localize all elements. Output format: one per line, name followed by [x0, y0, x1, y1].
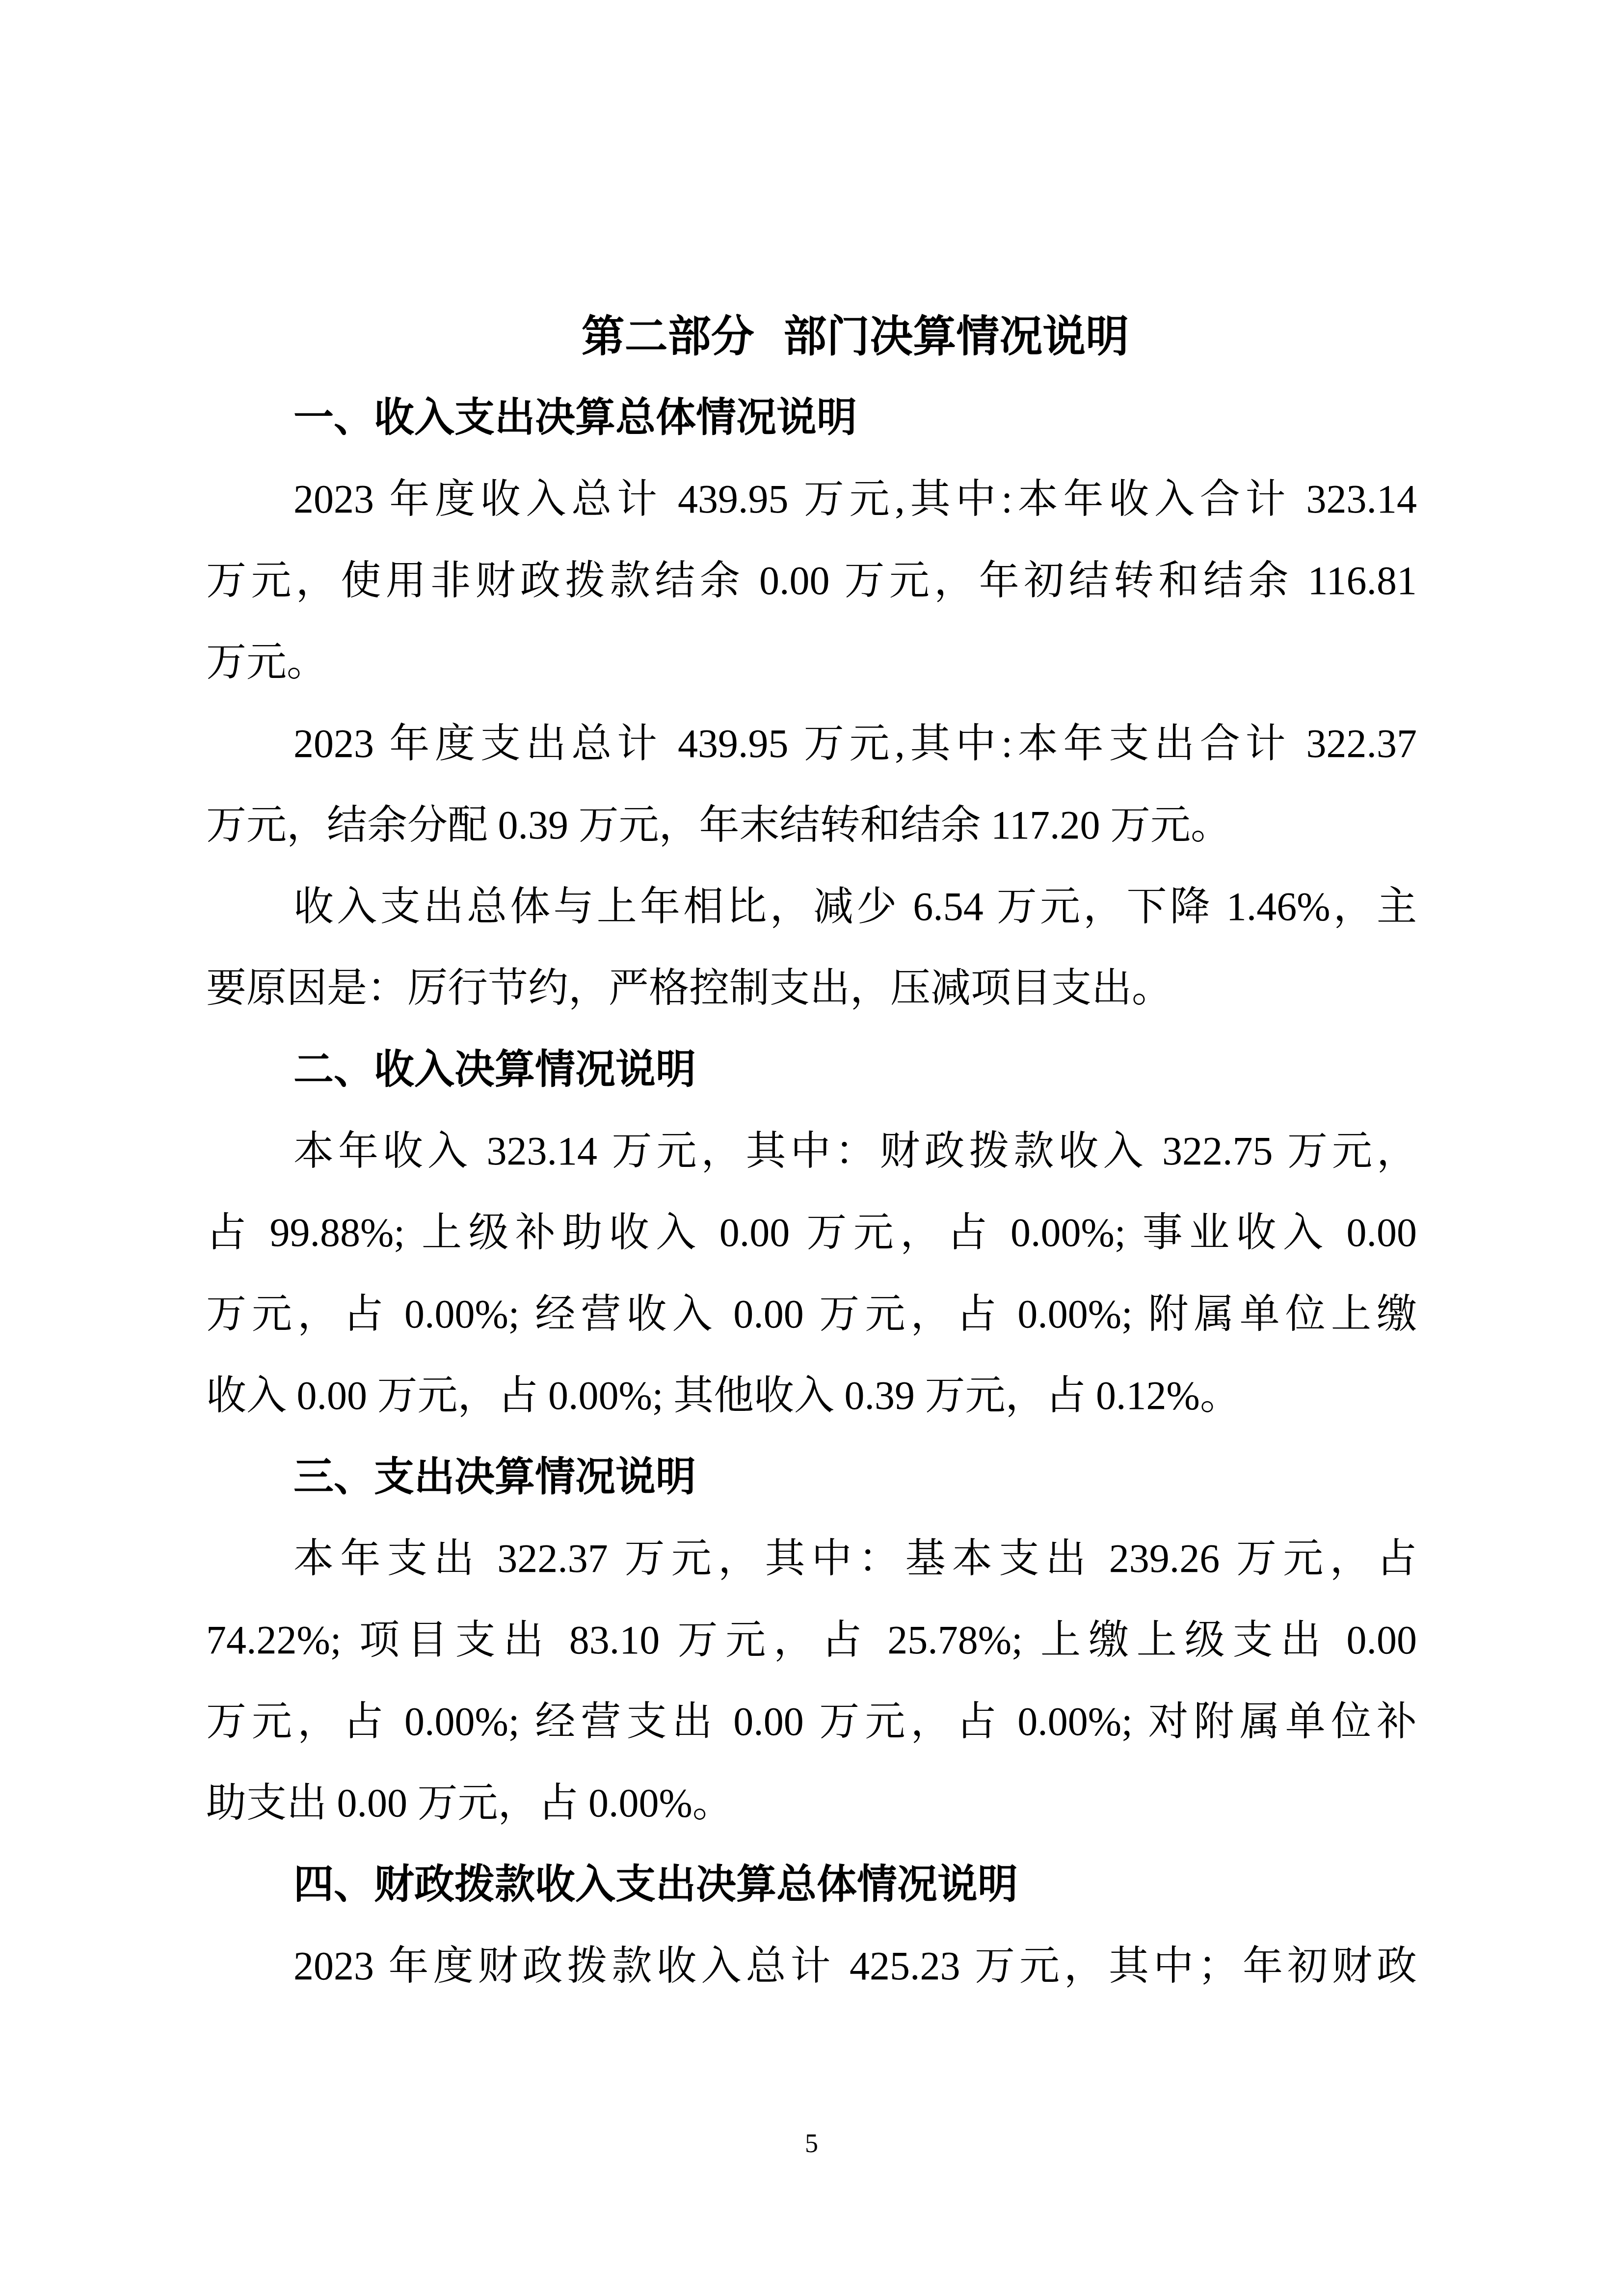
document-title: 第二部分 部门决算情况说明 [206, 296, 1417, 377]
paragraph-line: 万元，使用非财政拨款结余 0.00 万元，年初结转和结余 116.81 [206, 540, 1417, 621]
paragraph-line: 万元，结余分配 0.39 万元，年末结转和结余 117.20 万元。 [206, 784, 1417, 866]
paragraph-line: 占 99.88%; 上级补助收入 0.00 万元，占 0.00%; 事业收入 0… [206, 1192, 1417, 1273]
paragraph-line: 万元，占 0.00%; 经营支出 0.00 万元，占 0.00%; 对附属单位补 [206, 1681, 1417, 1762]
paragraph-line: 本年支出 322.37 万元，其中：基本支出 239.26 万元，占 [206, 1518, 1417, 1599]
section-heading-3: 三、支出决算情况说明 [206, 1436, 1417, 1518]
paragraph: 收入支出总体与上年相比，减少 6.54 万元，下降 1.46%，主 要原因是：厉… [206, 866, 1417, 1029]
paragraph-line: 要原因是：厉行节约，严格控制支出，压减项目支出。 [206, 947, 1417, 1029]
paragraph: 2023 年度支出总计 439.95 万元,其中:本年支出合计 322.37 万… [206, 703, 1417, 866]
paragraph-line: 2023 年度支出总计 439.95 万元,其中:本年支出合计 322.37 [206, 703, 1417, 784]
paragraph: 2023 年度收入总计 439.95 万元,其中:本年收入合计 323.14 万… [206, 459, 1417, 703]
section-heading-2: 二、收入决算情况说明 [206, 1029, 1417, 1110]
paragraph-line: 万元，占 0.00%; 经营收入 0.00 万元，占 0.00%; 附属单位上缴 [206, 1273, 1417, 1355]
paragraph: 本年支出 322.37 万元，其中：基本支出 239.26 万元，占 74.22… [206, 1518, 1417, 1844]
paragraph: 本年收入 323.14 万元，其中：财政拨款收入 322.75 万元， 占 99… [206, 1110, 1417, 1436]
paragraph-line: 2023 年度收入总计 439.95 万元,其中:本年收入合计 323.14 [206, 459, 1417, 540]
page-number: 5 [0, 2129, 1623, 2158]
document-body: 第二部分 部门决算情况说明 一、收入支出决算总体情况说明 2023 年度收入总计… [206, 296, 1417, 2007]
paragraph-line: 收入 0.00 万元，占 0.00%; 其他收入 0.39 万元，占 0.12%… [206, 1355, 1417, 1436]
paragraph: 2023 年度财政拨款收入总计 425.23 万元，其中；年初财政 [206, 1925, 1417, 2007]
paragraph-line: 74.22%; 项目支出 83.10 万元，占 25.78%; 上缴上级支出 0… [206, 1599, 1417, 1681]
section-heading-1: 一、收入支出决算总体情况说明 [206, 377, 1417, 459]
paragraph-line: 助支出 0.00 万元，占 0.00%。 [206, 1762, 1417, 1844]
document-page: 第二部分 部门决算情况说明 一、收入支出决算总体情况说明 2023 年度收入总计… [0, 0, 1623, 2296]
paragraph-line: 收入支出总体与上年相比，减少 6.54 万元，下降 1.46%，主 [206, 866, 1417, 947]
paragraph-line: 2023 年度财政拨款收入总计 425.23 万元，其中；年初财政 [206, 1925, 1417, 2007]
section-heading-4: 四、财政拨款收入支出决算总体情况说明 [206, 1844, 1417, 1925]
paragraph-line: 本年收入 323.14 万元，其中：财政拨款收入 322.75 万元， [206, 1110, 1417, 1192]
paragraph-line: 万元。 [206, 621, 1417, 703]
